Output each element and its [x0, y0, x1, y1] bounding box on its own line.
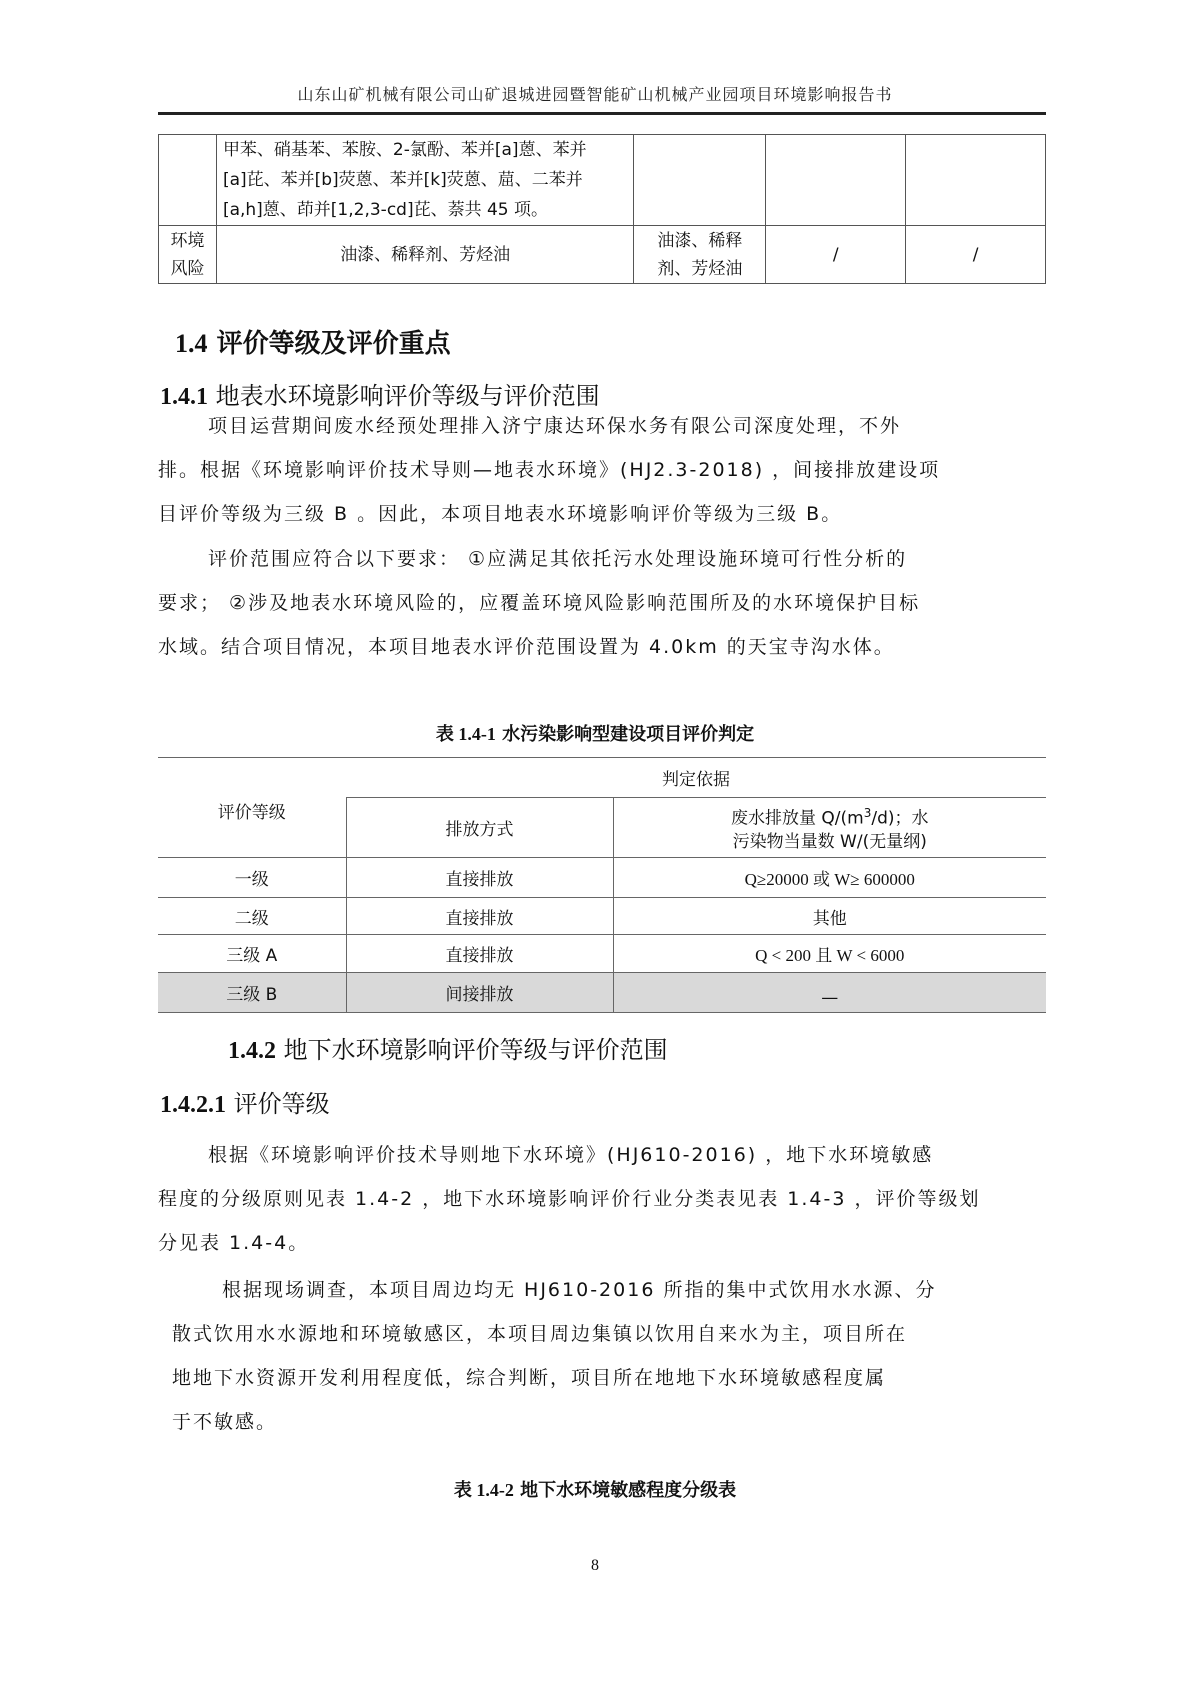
table-cell — [634, 135, 766, 226]
table-cell — [906, 135, 1046, 226]
cell-grade: 三级 B — [158, 973, 346, 1013]
document-header-title: 山东山矿机械有限公司山矿退城进园暨智能矿山机械产业园项目环境影响报告书 — [0, 82, 1190, 105]
cell-method: 直接排放 — [346, 898, 613, 935]
table-caption-1-4-1: 表 1.4-1 水污染影响型建设项目评价判定 — [0, 720, 1190, 746]
cell-grade: 三级 A — [158, 935, 346, 973]
header-quantity-line1: 废水排放量 Q/(m3/d)；水 — [615, 801, 1046, 831]
section-title: 地下水环境影响评价等级与评价范围 — [284, 1036, 668, 1064]
caption-number: 表 1.4-2 — [454, 1480, 514, 1500]
text-line: 项目运营期间废水经预处理排入济宁康达环保水务有限公司深度处理，不外 — [158, 404, 1046, 448]
table-cell — [766, 135, 906, 226]
pollutants-line: 甲苯、硝基苯、苯胺、2-氯酚、苯并[a]蒽、苯并 — [223, 135, 628, 165]
section-number: 1.4 — [175, 329, 208, 358]
header-basis: 判定依据 — [346, 758, 1046, 798]
cell-method: 直接排放 — [346, 935, 613, 973]
paragraph-surface-water-grade: 项目运营期间废水经预处理排入济宁康达环保水务有限公司深度处理，不外 排。根据《环… — [158, 404, 1046, 536]
pollutants-line: [a,h]蒽、茚并[1,2,3-cd]芘、萘共 45 项。 — [223, 195, 628, 225]
text-line: 散式饮用水水源地和环境敏感区，本项目周边集镇以饮用自来水为主，项目所在 — [172, 1312, 1046, 1356]
section-title: 评价等级 — [234, 1090, 330, 1118]
section-title: 评价等级及评价重点 — [217, 329, 451, 359]
section-heading-1-4: 1.4 评价等级及评价重点 — [175, 323, 451, 360]
cell-method: 直接排放 — [346, 858, 613, 898]
table-row: 二级 直接排放 其他 — [158, 898, 1046, 935]
cell-criteria: Q≥20000 或 W≥ 600000 — [613, 858, 1046, 898]
pollutants-line: [a]芘、苯并[b]荧蒽、苯并[k]荧蒽、䓛、二苯并 — [223, 165, 628, 195]
table-cell-category: 环境 风险 — [159, 226, 217, 284]
table-cell-pollutants: 油漆、稀释剂、芳烃油 — [216, 226, 634, 284]
water-pollution-grade-table: 评价等级 判定依据 排放方式 废水排放量 Q/(m3/d)；水 污染物当量数 W… — [158, 757, 1046, 1013]
table-caption-1-4-2: 表 1.4-2 地下水环境敏感程度分级表 — [0, 1476, 1190, 1502]
text-line: 地地下水资源开发利用程度低，综合判断，项目所在地地下水环境敏感程度属 — [172, 1356, 1046, 1400]
text-line: 目评价等级为三级 B 。因此，本项目地表水环境影响评价等级为三级 B。 — [158, 492, 1046, 536]
table-row: 甲苯、硝基苯、苯胺、2-氯酚、苯并[a]蒽、苯并 [a]芘、苯并[b]荧蒽、苯并… — [159, 135, 1046, 226]
cell-method: 间接排放 — [346, 973, 613, 1013]
section-heading-1-4-2-1: 1.4.2.1 评价等级 — [160, 1084, 330, 1119]
paragraph-surface-water-scope: 评价范围应符合以下要求： ①应满足其依托污水处理设施环境可行性分析的 要求； ②… — [158, 537, 1046, 669]
section-heading-1-4-2: 1.4.2 地下水环境影响评价等级与评价范围 — [228, 1030, 668, 1065]
table-row-highlighted: 三级 B 间接排放 — — [158, 973, 1046, 1013]
table-row: 环境 风险 油漆、稀释剂、芳烃油 油漆、稀释 剂、芳烃油 / / — [159, 226, 1046, 284]
cell-criteria: Q < 200 且 W < 6000 — [613, 935, 1046, 973]
cell-criteria: — — [613, 973, 1046, 1013]
table-cell: / — [766, 226, 906, 284]
cell-grade: 一级 — [158, 858, 346, 898]
text-line: 程度的分级原则见表 1.4-2 ，地下水环境影响评价行业分类表见表 1.4-3 … — [158, 1177, 1046, 1221]
quantity-text: /d)；水 — [871, 808, 928, 828]
header-quantity: 废水排放量 Q/(m3/d)；水 污染物当量数 W/(无量纲) — [613, 798, 1046, 858]
section-number: 1.4.2 — [228, 1038, 276, 1064]
table-cell-pollutants: 甲苯、硝基苯、苯胺、2-氯酚、苯并[a]蒽、苯并 [a]芘、苯并[b]荧蒽、苯并… — [216, 135, 634, 226]
paragraph-groundwater-basis: 根据《环境影响评价技术导则地下水环境》(HJ610-2016) ，地下水环境敏感… — [158, 1133, 1046, 1265]
caption-title: 水污染影响型建设项目评价判定 — [502, 724, 754, 745]
text-line: 分见表 1.4-4。 — [158, 1221, 1046, 1265]
header-method: 排放方式 — [346, 798, 613, 858]
caption-title: 地下水环境敏感程度分级表 — [520, 1480, 736, 1501]
text-line: 根据《环境影响评价技术导则地下水环境》(HJ610-2016) ，地下水环境敏感 — [158, 1133, 1046, 1177]
cell-line: 油漆、稀释 — [640, 227, 759, 255]
page-number: 8 — [0, 1557, 1190, 1575]
table-cell: / — [906, 226, 1046, 284]
paragraph-groundwater-survey: 根据现场调查，本项目周边均无 HJ610-2016 所指的集中式饮用水水源、分 … — [172, 1268, 1046, 1444]
text-line: 根据现场调查，本项目周边均无 HJ610-2016 所指的集中式饮用水水源、分 — [172, 1268, 1046, 1312]
text-line: 排。根据《环境影响评价技术导则—地表水环境》(HJ2.3-2018) ，间接排放… — [158, 448, 1046, 492]
text-line: 水域。结合项目情况，本项目地表水评价范围设置为 4.0km 的天宝寺沟水体。 — [158, 625, 1046, 669]
table-cell: 油漆、稀释 剂、芳烃油 — [634, 226, 766, 284]
header-grade: 评价等级 — [158, 758, 346, 858]
table-row: 三级 A 直接排放 Q < 200 且 W < 6000 — [158, 935, 1046, 973]
category-line: 环境 — [161, 227, 214, 255]
category-line: 风险 — [161, 255, 214, 283]
table-header-row: 评价等级 判定依据 — [158, 758, 1046, 798]
section-number: 1.4.2.1 — [160, 1092, 226, 1118]
header-divider — [158, 112, 1046, 115]
quantity-text: 废水排放量 Q/(m — [731, 808, 864, 828]
text-line: 于不敏感。 — [172, 1400, 1046, 1444]
cell-grade: 二级 — [158, 898, 346, 935]
cell-line: 剂、芳烃油 — [640, 255, 759, 283]
table-row: 一级 直接排放 Q≥20000 或 W≥ 600000 — [158, 858, 1046, 898]
header-quantity-line2: 污染物当量数 W/(无量纲) — [615, 830, 1046, 854]
text-line: 要求； ②涉及地表水环境风险的，应覆盖环境风险影响范围所及的水环境保护目标 — [158, 581, 1046, 625]
pollutant-table-continued: 甲苯、硝基苯、苯胺、2-氯酚、苯并[a]蒽、苯并 [a]芘、苯并[b]荧蒽、苯并… — [158, 134, 1046, 284]
table-cell-category — [159, 135, 217, 226]
caption-number: 表 1.4-1 — [436, 724, 496, 744]
cell-criteria: 其他 — [613, 898, 1046, 935]
text-line: 评价范围应符合以下要求： ①应满足其依托污水处理设施环境可行性分析的 — [158, 537, 1046, 581]
